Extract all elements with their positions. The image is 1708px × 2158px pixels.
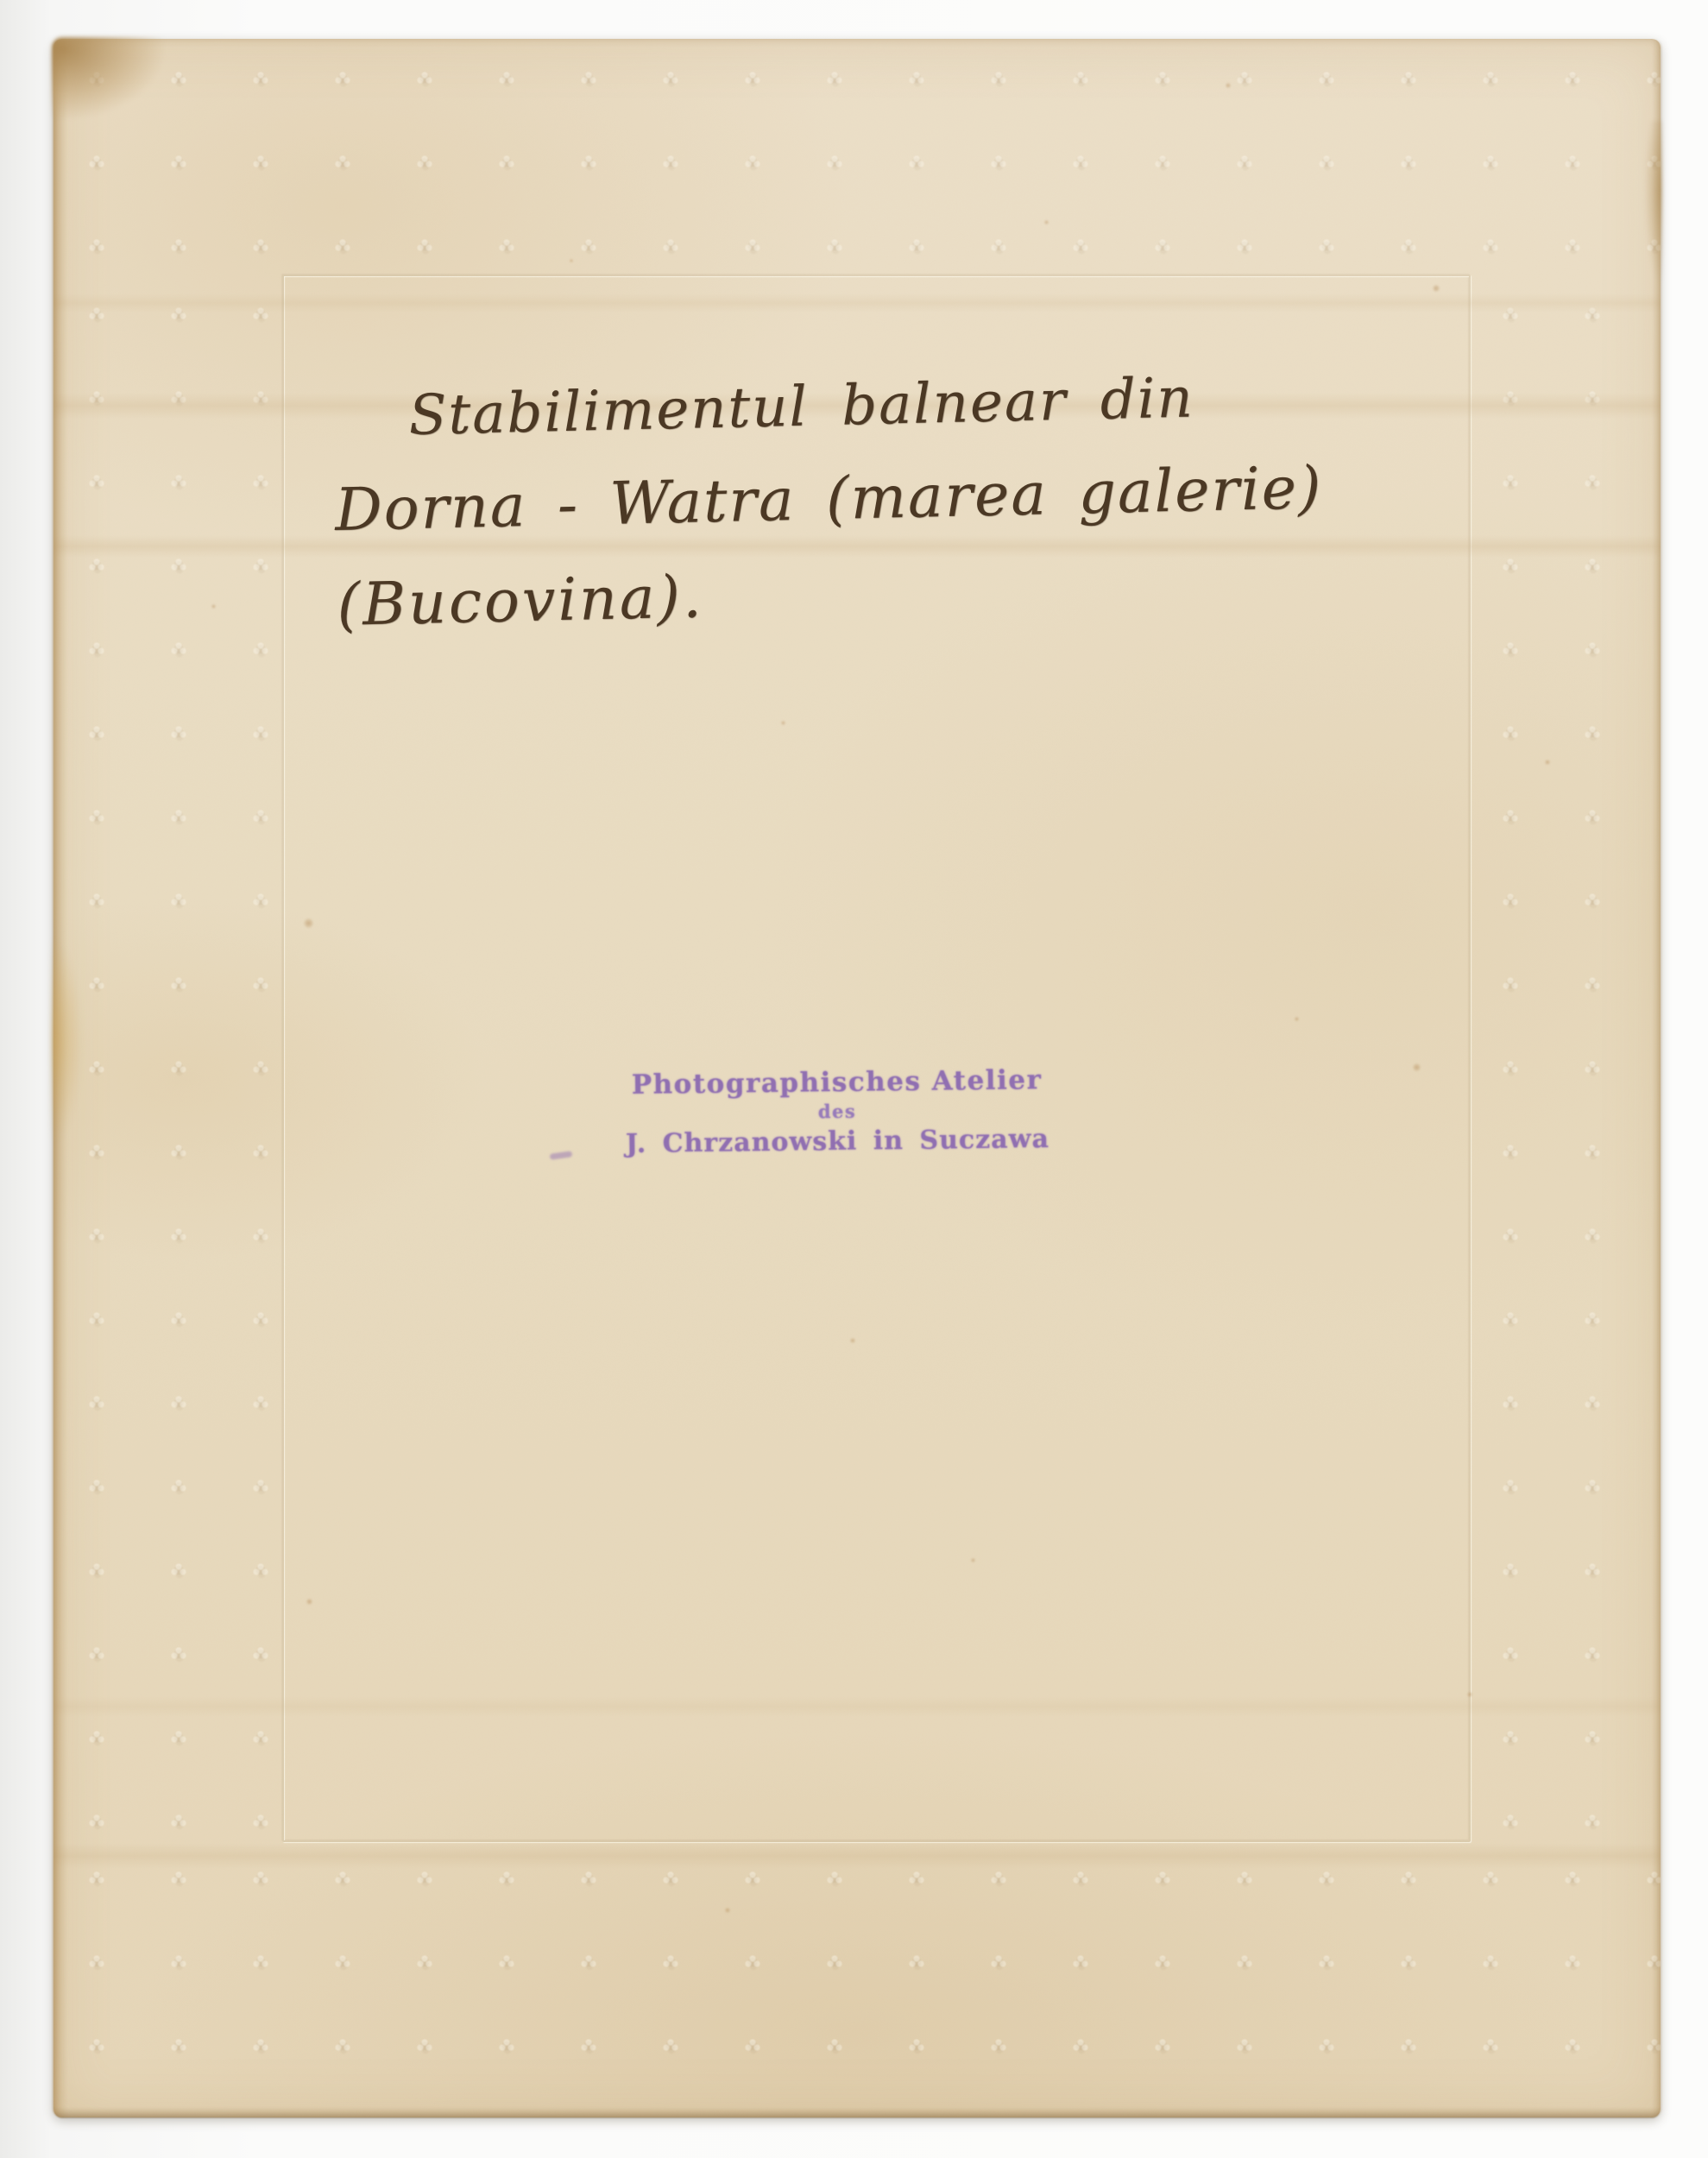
embossed-trefoil-pattern-bottom (54, 1839, 1661, 2117)
edge-stain (52, 915, 119, 1165)
foxing-spot (1545, 760, 1550, 765)
foxing-spot (725, 1908, 730, 1913)
handwritten-caption: Stabilimentul balnear din Dorna - Watra … (331, 351, 1326, 653)
foxing-spot (1044, 220, 1049, 224)
stamp-line-3: J. Chrzanowski in Suczawa (596, 1124, 1079, 1160)
foxing-spot (570, 259, 573, 262)
paper-crease (54, 1843, 1661, 1869)
atelier-stamp: Photographisches Atelier des J. Chrzanow… (595, 1064, 1079, 1160)
foxing-spot (1226, 83, 1231, 88)
photo-card-back: Stabilimentul balnear din Dorna - Watra … (54, 39, 1661, 2117)
worn-corner-top-right (1628, 121, 1662, 319)
worn-edge-bottom (54, 2107, 1661, 2118)
stamp-line-2: des (596, 1098, 1079, 1126)
worn-corner-top-left (52, 37, 237, 180)
foxing-spot (211, 604, 216, 609)
scan-background: { "card_back": { "handwritten_caption": … (0, 0, 1708, 2158)
worn-edge-right (1652, 39, 1661, 2117)
embossed-trefoil-pattern-top (54, 39, 1661, 274)
stamp-line-1: Photographisches Atelier (595, 1064, 1078, 1101)
embossed-trefoil-pattern-right (1467, 274, 1661, 1839)
